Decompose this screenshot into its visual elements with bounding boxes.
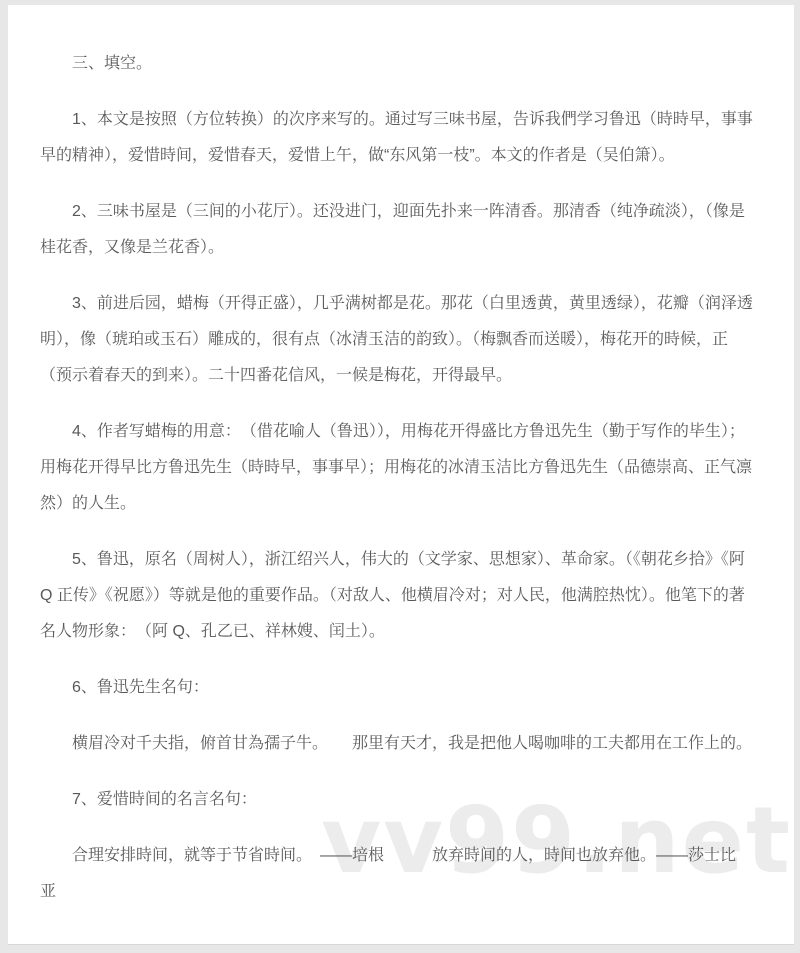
document-content: 三、填空。 1、本文是按照（方位转换）的次序来写的。通过写三味书屋，告诉我們学习… (8, 5, 794, 910)
fill-blank-item-1: 1、本文是按照（方位转换）的次序来写的。通过写三味书屋，告诉我們学习鲁迅（時時早… (40, 102, 764, 174)
fill-blank-item-4: 4、作者写蜡梅的用意： （借花喻人（鲁迅）），用梅花开得盛比方鲁迅先生（勤于写作… (40, 414, 764, 522)
fill-blank-item-3: 3、前进后园，蜡梅（开得正盛），几乎满树都是花。那花（白里透黄，黄里透绿），花瓣… (40, 286, 764, 394)
document-page: vv99.net 三、填空。 1、本文是按照（方位转换）的次序来写的。通过写三味… (8, 5, 794, 945)
fill-blank-item-2: 2、三味书屋是（三间的小花厅）。还没进门，迎面先扑来一阵清香。那清香（纯净疏淡）… (40, 194, 764, 266)
fill-blank-item-6-label: 6、鲁迅先生名句： (40, 670, 764, 706)
fill-blank-item-7-quote: 合理安排時间，就等于节省時间。 ——培根 放弃時间的人，時间也放弃他。——莎士比… (40, 838, 764, 910)
fill-blank-item-6-quote: 横眉冷对千夫指，俯首甘為孺子牛。 那里有天才，我是把他人喝咖啡的工夫都用在工作上… (40, 726, 764, 762)
section-heading: 三、填空。 (40, 46, 764, 82)
fill-blank-item-7-label: 7、爱惜時间的名言名句： (40, 782, 764, 818)
fill-blank-item-5: 5、鲁迅，原名（周树人），浙江绍兴人，伟大的（文学家、思想家）、革命家。（《朝花… (40, 542, 764, 650)
